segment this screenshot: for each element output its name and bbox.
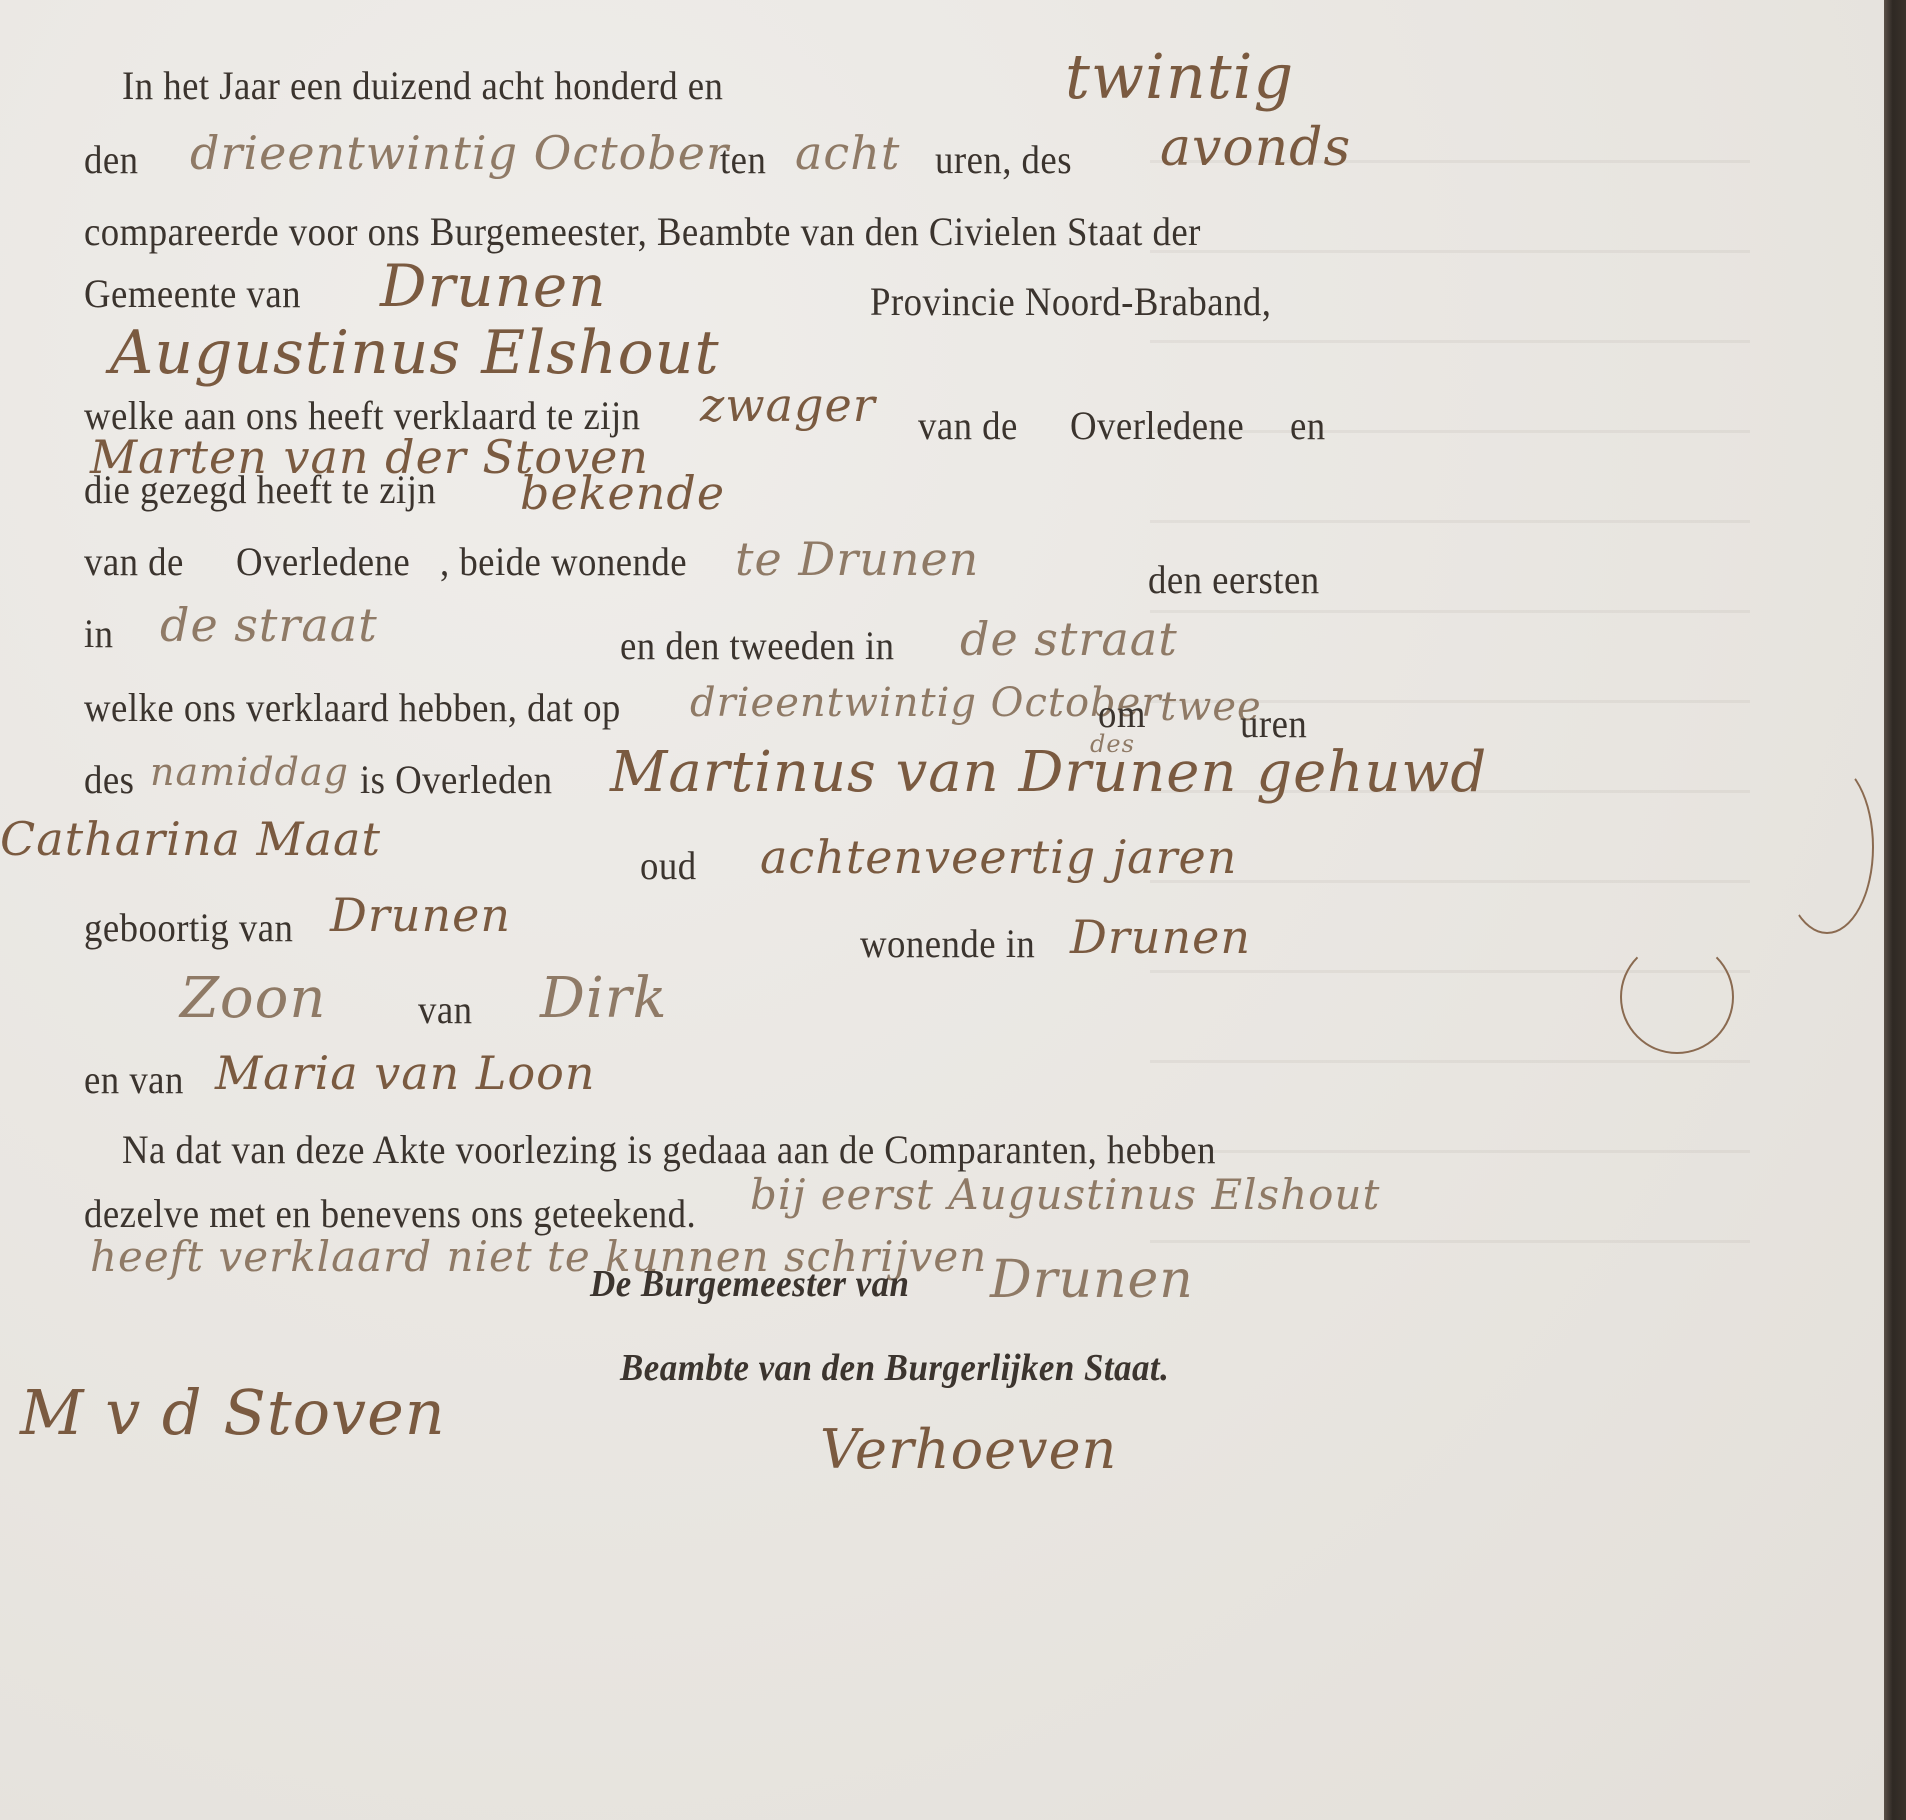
printed-wonende-in: wonende in bbox=[860, 920, 1035, 967]
printed-van-de-2: van de bbox=[84, 538, 184, 585]
printed-beambte: Beambte van den Burgerlijken Staat. bbox=[620, 1346, 1169, 1390]
signature-official: Verhoeven bbox=[820, 1418, 1117, 1481]
handwritten-street-2: de straat bbox=[960, 612, 1178, 666]
printed-overledene-2: Overledene bbox=[236, 538, 410, 585]
printed-is-overleden: is Overleden bbox=[360, 756, 553, 803]
printed-des: des bbox=[84, 756, 134, 803]
printed-ten: ten bbox=[720, 136, 766, 183]
handwritten-flourish bbox=[1780, 760, 1874, 934]
printed-die-gezegd: die gezegd heeft te zijn bbox=[84, 466, 436, 513]
handwritten-hour: acht bbox=[795, 126, 900, 180]
handwritten-burgemeester-place: Drunen bbox=[990, 1250, 1194, 1310]
printed-uren-des: uren, des bbox=[935, 136, 1072, 183]
printed-en: en bbox=[1290, 402, 1326, 449]
printed-burgemeester-van: De Burgemeester van bbox=[590, 1262, 909, 1306]
handwritten-age: achtenveertig jaren bbox=[760, 830, 1237, 884]
book-binding-edge bbox=[1884, 0, 1906, 1820]
handwritten-son-of: Zoon bbox=[180, 966, 326, 1031]
handwritten-spouse-name: Catharina Maat bbox=[0, 812, 381, 866]
handwritten-relation-2: bekende bbox=[520, 466, 725, 520]
handwritten-mother: Maria van Loon bbox=[215, 1046, 596, 1100]
handwritten-death-date: drieentwintig October bbox=[690, 680, 1161, 726]
printed-geboortig-van: geboortig van bbox=[84, 904, 293, 951]
handwritten-street-1: de straat bbox=[160, 598, 378, 652]
printed-provincie: Provincie Noord-Braband, bbox=[870, 278, 1271, 325]
handwritten-afternoon: namiddag bbox=[150, 750, 349, 794]
handwritten-residence-2: Drunen bbox=[1070, 910, 1251, 964]
handwritten-declarant-1: Augustinus Elshout bbox=[110, 318, 720, 388]
printed-en-den-tweeden: en den tweeden in bbox=[620, 622, 895, 669]
printed-den-eersten: den eersten bbox=[1148, 556, 1320, 603]
printed-dezelve-met: dezelve met en benevens ons geteekend. bbox=[84, 1190, 696, 1237]
handwritten-deceased-name: Martinus van Drunen gehuwd bbox=[610, 740, 1487, 805]
handwritten-daypart: avonds bbox=[1160, 118, 1351, 178]
handwritten-residence: te Drunen bbox=[735, 532, 979, 586]
document-page: In het Jaar een duizend acht honderd en … bbox=[0, 0, 1884, 1820]
handwritten-date: drieentwintig October bbox=[190, 126, 729, 180]
printed-na-dat-van-deze-akte: Na dat van deze Akte voorlezing is gedaa… bbox=[122, 1126, 1216, 1173]
printed-year-intro: In het Jaar een duizend acht honderd en bbox=[122, 62, 723, 109]
printed-van: van bbox=[418, 986, 473, 1033]
handwritten-relation-1: zwager bbox=[700, 378, 876, 432]
handwritten-note-1: bij eerst Augustinus Elshout bbox=[750, 1170, 1380, 1219]
handwritten-flourish-2 bbox=[1620, 940, 1734, 1054]
printed-beide-wonende: , beide wonende bbox=[440, 538, 687, 585]
printed-compareerde: compareerde voor ons Burgemeester, Beamb… bbox=[84, 208, 1201, 255]
printed-den: den bbox=[84, 136, 139, 183]
handwritten-municipality: Drunen bbox=[380, 252, 607, 320]
printed-oud: oud bbox=[640, 842, 697, 889]
handwritten-birthplace: Drunen bbox=[330, 888, 511, 942]
handwritten-year: twintig bbox=[1065, 40, 1294, 113]
printed-gemeente-van: Gemeente van bbox=[84, 270, 301, 317]
printed-overledene: Overledene bbox=[1070, 402, 1244, 449]
printed-van-de: van de bbox=[918, 402, 1018, 449]
printed-en-van: en van bbox=[84, 1056, 184, 1103]
handwritten-father: Dirk bbox=[540, 966, 668, 1031]
printed-in: in bbox=[84, 610, 114, 657]
signature-declarant: M v d Stoven bbox=[20, 1376, 446, 1449]
printed-welke-ons-verklaard: welke ons verklaard hebben, dat op bbox=[84, 684, 621, 731]
